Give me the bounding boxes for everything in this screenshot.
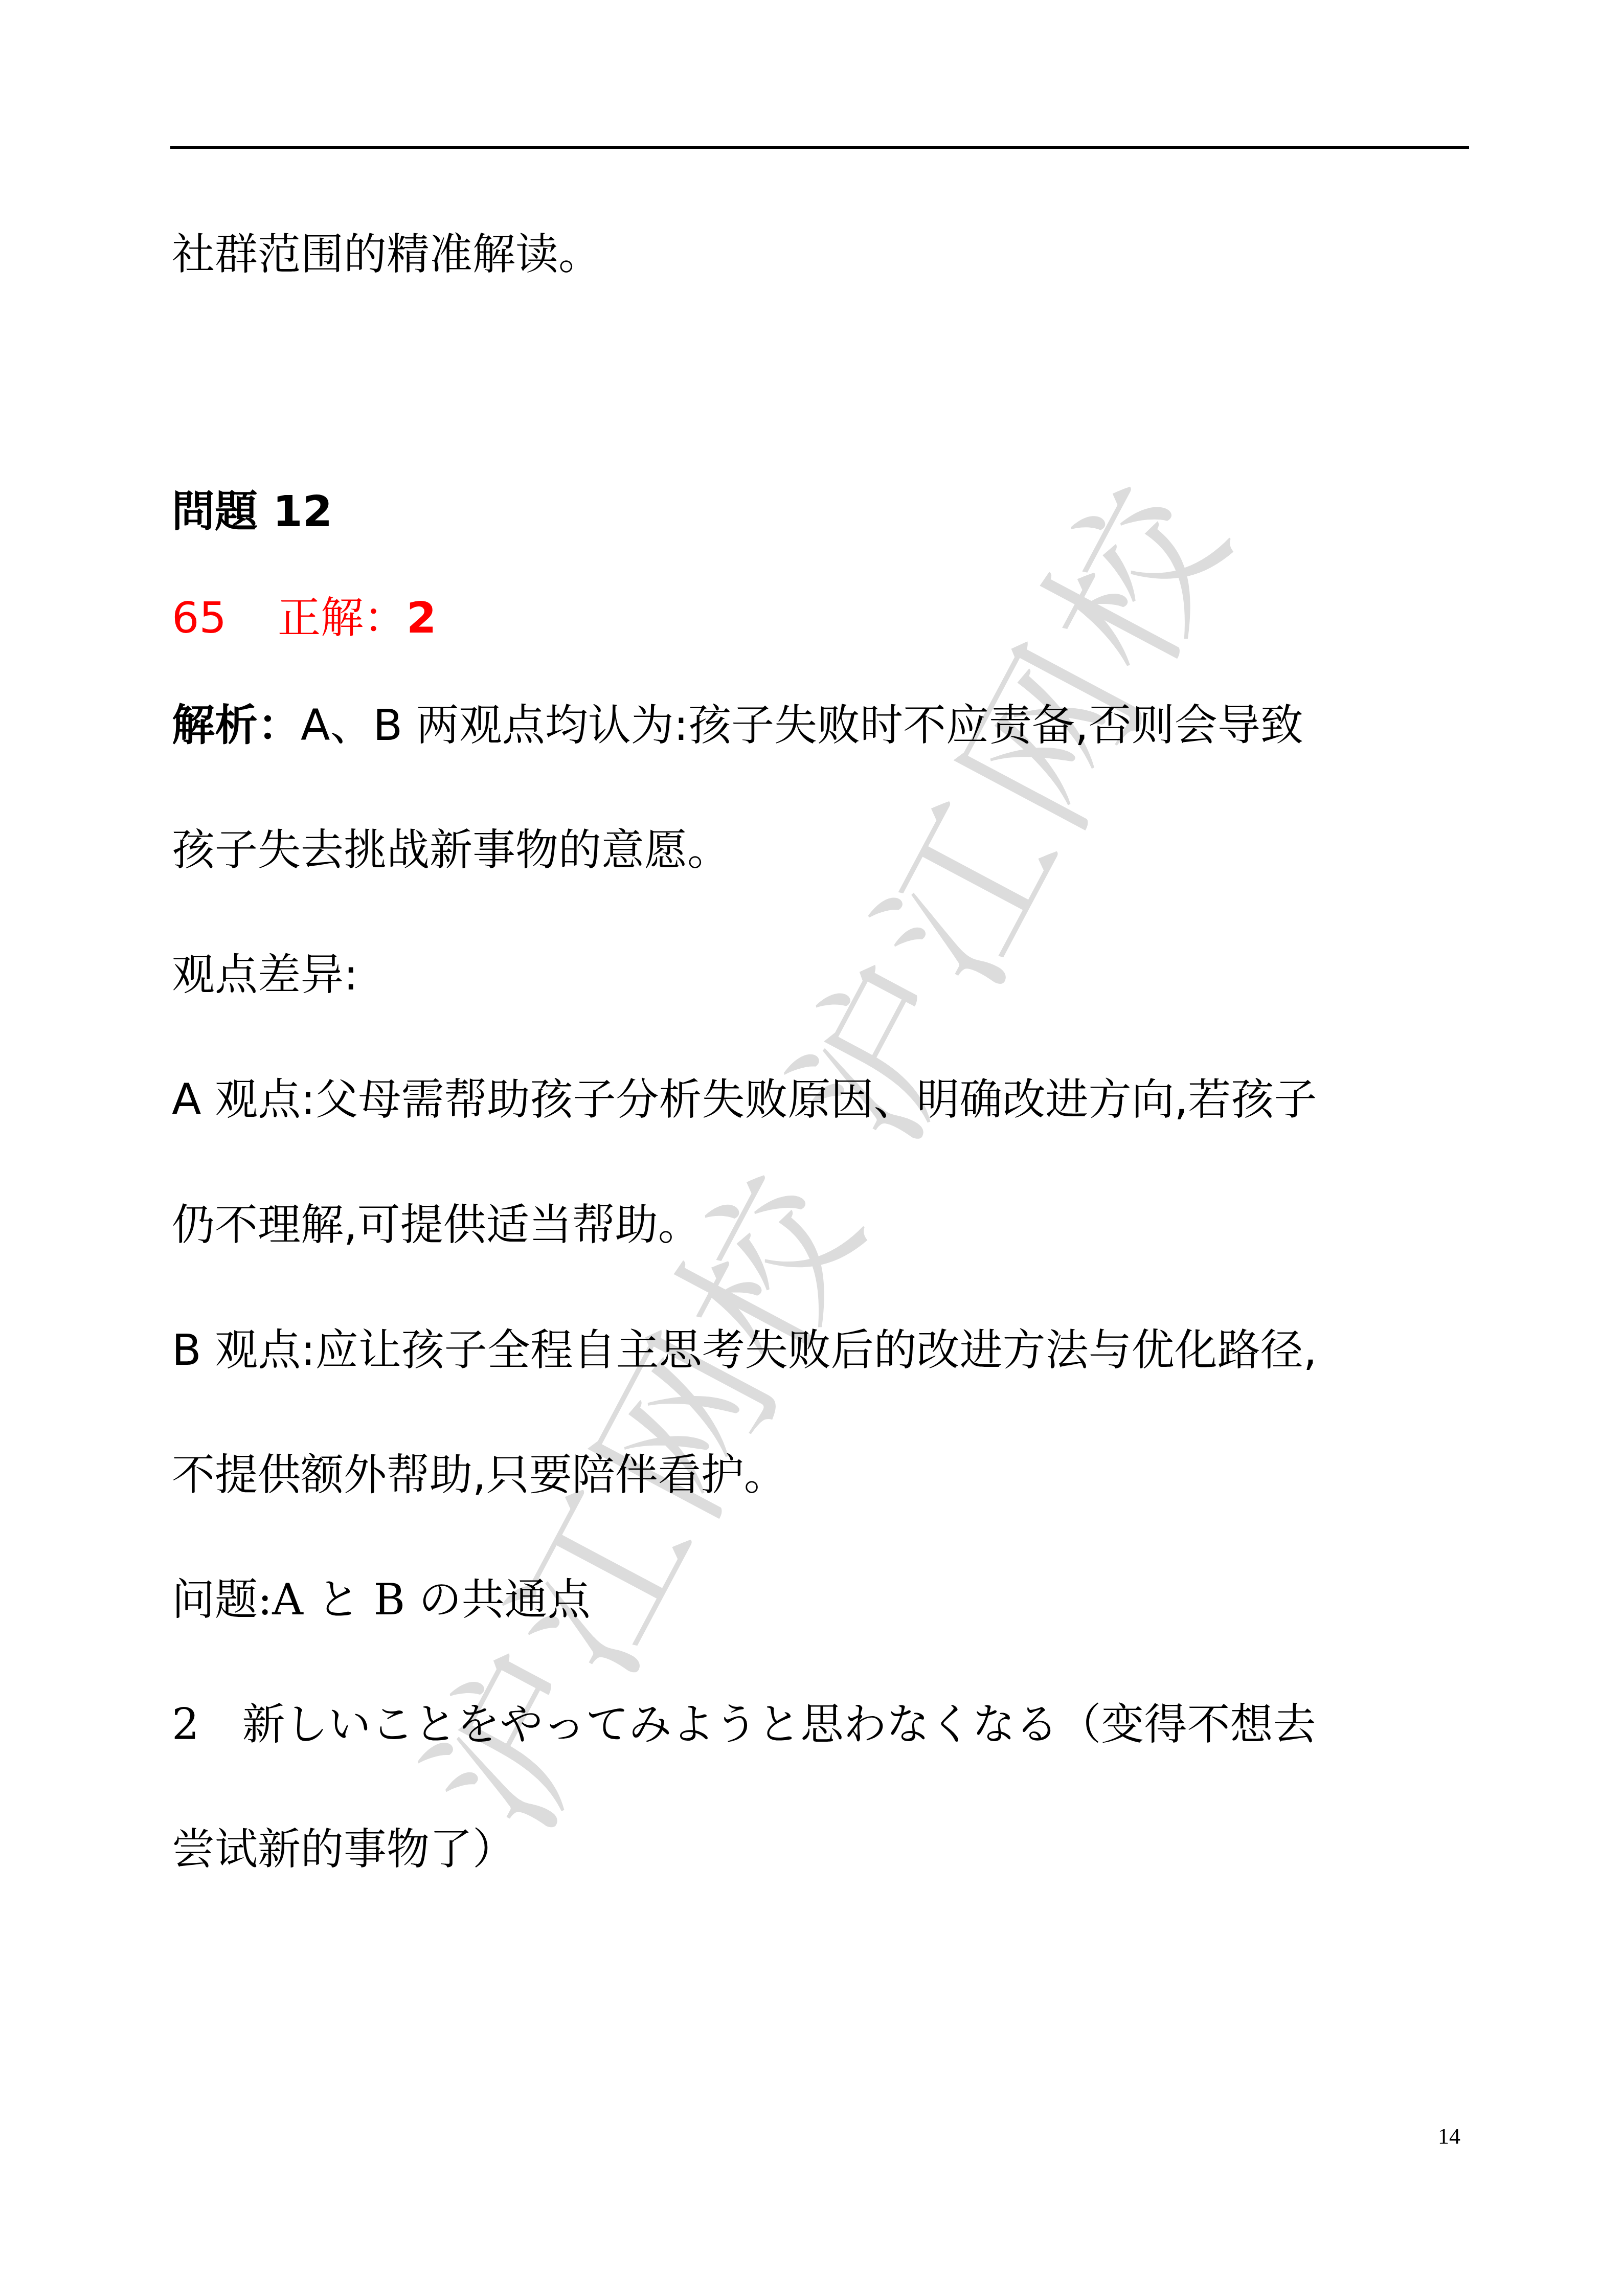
answer-value: 2 <box>407 593 436 643</box>
option-cn-start: （变得不想去 <box>1058 1699 1316 1749</box>
question-heading-label: 問題 12 <box>172 486 332 536</box>
option-line-2: 尝试新的事物了） <box>172 1824 515 1875</box>
watermark: 沪江网校 沪江网校 <box>360 433 1276 1867</box>
answer-label: 正解： <box>278 593 407 643</box>
view-b-line-1: B 观点:应让孩子全程自主思考失败后的改进方法与优化路径, <box>172 1324 1317 1376</box>
view-b-line-2: 不提供额外帮助,只要陪伴看护。 <box>172 1449 787 1500</box>
analysis-line-2: 孩子失去挑战新事物的意愿。 <box>172 824 730 875</box>
diff-heading: 观点差异: <box>172 949 358 1000</box>
question-prompt-prefix: 问题 <box>172 1574 258 1625</box>
view-a-line-2: 仍不理解,可提供适当帮助。 <box>172 1199 701 1250</box>
analysis-line-1: 解析：A、B 两观点均认为:孩子失败时不应责备,否则会导致 <box>172 700 1303 751</box>
page-number: 14 <box>1438 2123 1460 2149</box>
option-line-1: 2 新しいことをやってみようと思わなくなる（变得不想去 <box>172 1699 1316 1750</box>
answer-line: 65正解：2 <box>172 592 436 643</box>
option-jp: 2 新しいことをやってみようと思わなくなる <box>172 1699 1058 1749</box>
view-a-line-1: A 观点:父母需帮助孩子分析失败原因、明确改进方向,若孩子 <box>172 1074 1317 1125</box>
continuation-line: 社群范围的精准解读。 <box>172 229 601 280</box>
analysis-text: A、B 两观点均认为:孩子失败时不应责备,否则会导致 <box>301 700 1303 750</box>
question-prompt-jp: :A と B の共通点 <box>258 1574 591 1625</box>
document-page: 沪江网校 沪江网校 社群范围的精准解读。 問題 12 65正解：2 解析：A、B… <box>0 0 1623 2296</box>
analysis-label: 解析： <box>172 700 301 750</box>
question-heading: 問題 12 <box>172 486 332 537</box>
question-number: 65 <box>172 593 227 643</box>
question-prompt: 问题:A と B の共通点 <box>172 1574 591 1625</box>
header-rule <box>170 146 1469 149</box>
